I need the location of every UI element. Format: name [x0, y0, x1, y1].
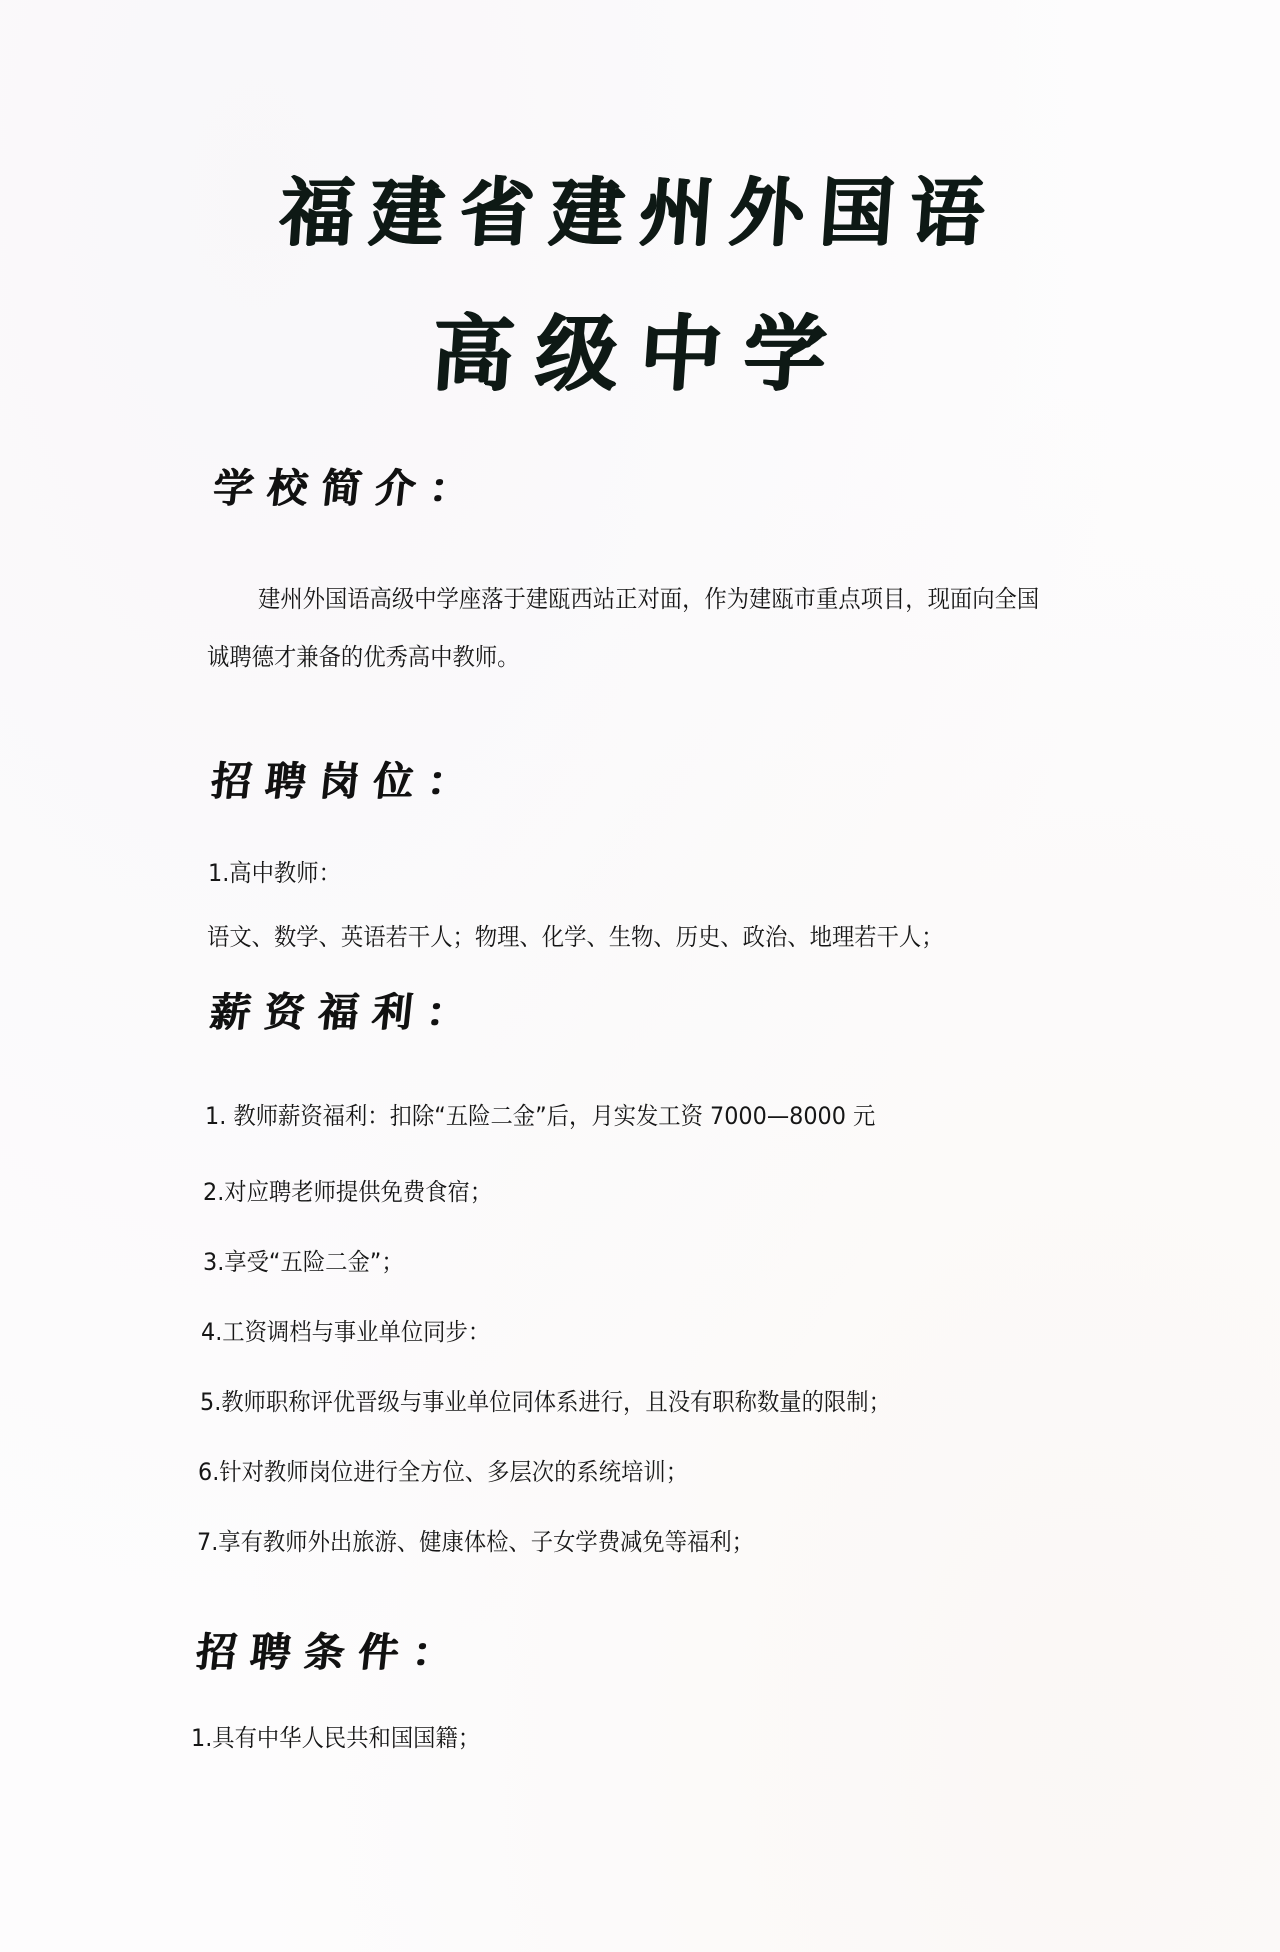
positions-item: 语文、数学、英语若干人；物理、化学、生物、历史、政治、地理若干人； — [207, 921, 944, 953]
section-heading-positions: 招聘岗位： — [208, 757, 483, 807]
benefits-item: 7.享有教师外出旅游、健康体检、子女学费减免等福利； — [197, 1526, 754, 1558]
document-title-line-2: 高级中学 — [0, 306, 1280, 402]
requirements-item: 1.具有中华人民共和国国籍； — [191, 1722, 480, 1754]
benefits-item: 3.享受“五险二金”； — [203, 1246, 404, 1278]
intro-paragraph-line-1: 建州外国语高级中学座落于建瓯西站正对面，作为建瓯市重点项目，现面向全国 — [258, 583, 1039, 615]
benefits-item: 5.教师职称评优晋级与事业单位同体系进行，且没有职称数量的限制； — [200, 1386, 891, 1418]
section-heading-school-intro: 学校简介： — [210, 464, 485, 514]
benefits-item: 4.工资调档与事业单位同步： — [201, 1316, 490, 1348]
benefits-item: 1. 教师薪资福利：扣除“五险二金”后，月实发工资 7000—8000 元 — [205, 1100, 875, 1132]
positions-item: 1.高中教师： — [208, 857, 341, 889]
benefits-item: 2.对应聘老师提供免费食宿； — [203, 1176, 492, 1208]
section-heading-requirements: 招聘条件： — [193, 1628, 468, 1678]
benefits-item: 6.针对教师岗位进行全方位、多层次的系统培训； — [198, 1456, 688, 1488]
document-title-line-1: 福建省建州外国语 — [0, 168, 1280, 258]
section-heading-benefits: 薪资福利： — [207, 988, 482, 1038]
scanned-document-page: 福建省建州外国语 高级中学 学校简介： 建州外国语高级中学座落于建瓯西站正对面，… — [0, 0, 1280, 1952]
intro-paragraph-line-2: 诚聘德才兼备的优秀高中教师。 — [207, 641, 519, 673]
